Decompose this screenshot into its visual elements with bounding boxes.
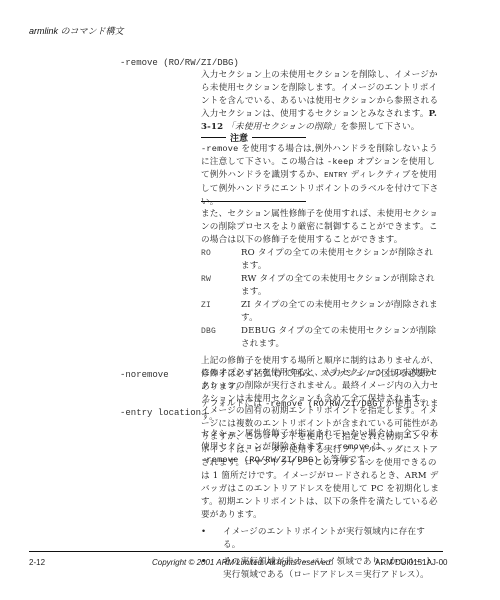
page-number: 2-12 (29, 558, 45, 567)
modifier-desc: RO タイプの全ての未使用セクションが削除されます。 (241, 247, 441, 273)
option-noremove-description: このオプションを使用すると、入力セクション上の未使用セクションの削除が実行されま… (201, 367, 441, 406)
modifier-list: RORO タイプの全ての未使用セクションが削除されます。 RWRW タイプの全て… (201, 247, 441, 351)
divider (201, 137, 226, 138)
modifier-desc: ZI タイプの全ての未使用セクションが削除されます。 (241, 299, 441, 325)
divider (252, 137, 306, 138)
option-noremove-name: -noremove (120, 370, 169, 380)
option-remove-description: 入力セクション上の未使用セクションを削除し、イメージから未使用セクションを削除し… (201, 69, 441, 134)
note-body: -remove を使用する場合は,例外ハンドラを削除しないように注意して下さい。… (201, 143, 441, 209)
option-entry-name: -entry location (120, 408, 201, 418)
bullet-item: •イメージのエントリポイントが実行領域内に存在する。 (201, 526, 441, 552)
copyright: Copyright © 2001 ARM Limited. All rights… (152, 558, 332, 567)
document-id: ARM DUI0151AJ-00 (375, 558, 447, 567)
modifier-desc: RW タイプの全ての未使用セクションが削除されます。 (241, 273, 441, 299)
note-end-divider (201, 201, 306, 202)
footer-divider (29, 551, 443, 552)
option-remove-name: -remove (RO/RW/ZI/DBG) (120, 58, 239, 68)
modifier-key: RW (201, 273, 241, 299)
running-header: armlink のコマンド構文 (29, 24, 124, 37)
modifier-key: RO (201, 247, 241, 273)
bullet-icon: • (201, 526, 223, 552)
modifier-desc: DEBUG タイプの全ての未使用セクションが削除されます。 (241, 325, 441, 351)
modifier-key: ZI (201, 299, 241, 325)
modifier-key: DBG (201, 325, 241, 351)
